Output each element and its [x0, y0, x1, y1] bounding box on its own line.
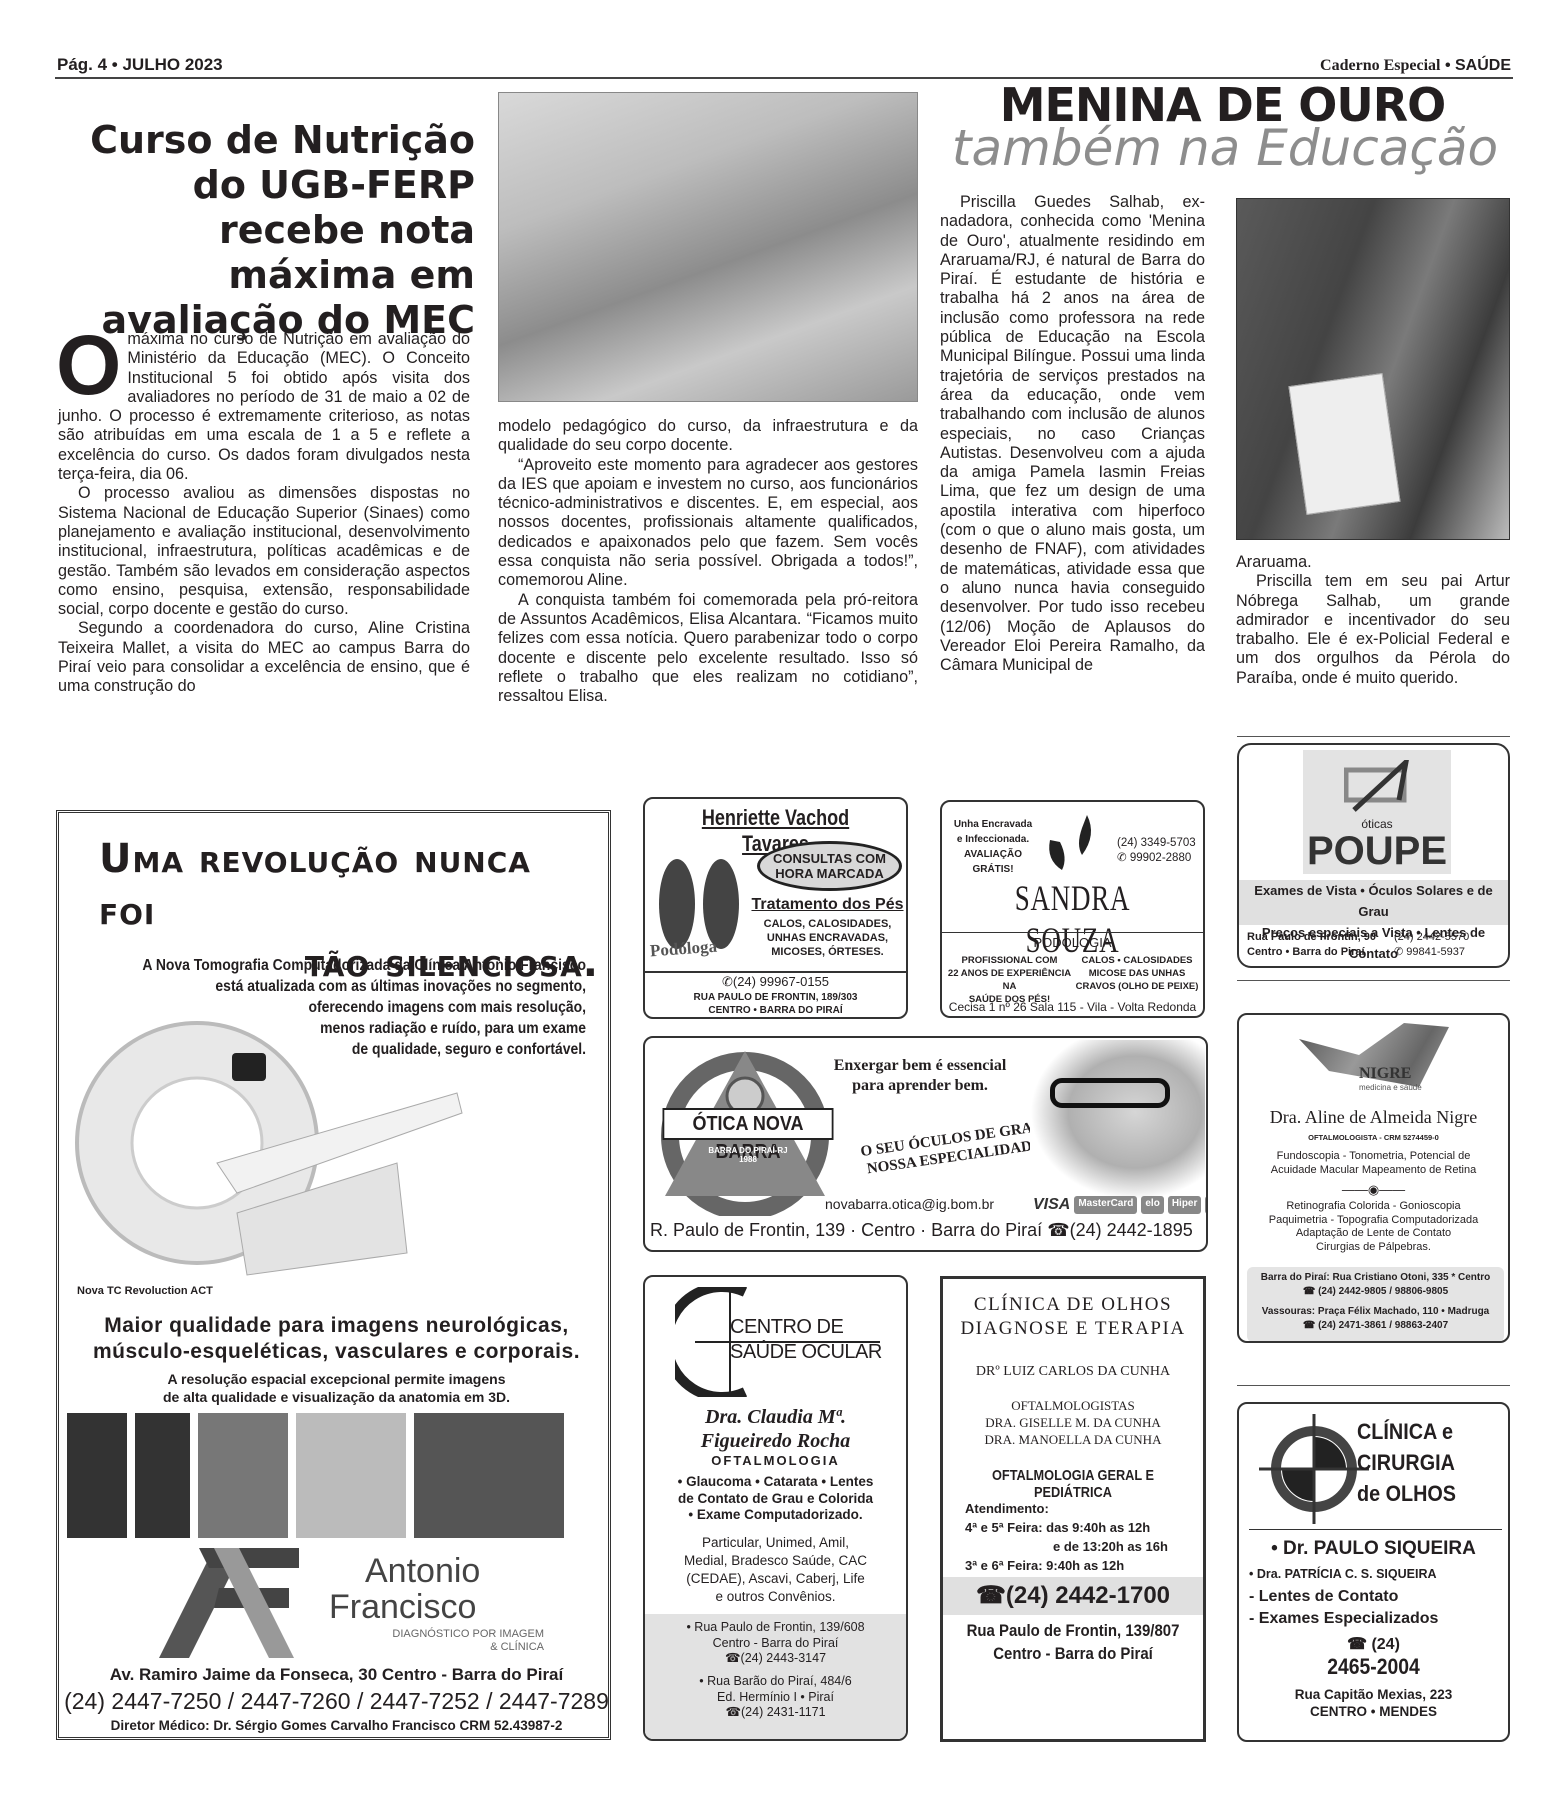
section-topic: • SAÚDE: [1445, 57, 1511, 74]
ad-otica-nova-barra: ÓTICA NOVA BARRA BARRA DO PIRAÍ-RJ 1988 …: [643, 1036, 1208, 1252]
footprints-icon: [1042, 810, 1112, 875]
doctor-crm: OFTALMOLOGISTA - CRM 5274459-0: [1239, 1133, 1508, 1142]
ad-slogan: Enxergar bem é essencial para aprender b…: [815, 1056, 1025, 1096]
article-paragraph: Araruama.: [1236, 553, 1510, 572]
ad-phones: (24) 2447-7250 / 2447-7260 / 2447-7252 /…: [59, 1688, 614, 1715]
article-column-3: Priscilla Guedes Salhab, ex-nadadora, co…: [940, 193, 1205, 675]
nutrition-lab-photo: [498, 92, 918, 402]
mastercard-icon: MasterCard: [1074, 1196, 1137, 1214]
ad-services: CALOS • CALOSIDADES MICOSE DAS UNHAS CRA…: [1072, 954, 1202, 993]
article-title-nutricao: Curso de Nutrição do UGB-FERP recebe not…: [55, 118, 475, 343]
ad-clinica-siqueira: CLÍNICA e CIRURGIA de OLHOS • Dr. PAULO …: [1237, 1402, 1510, 1742]
certificate-shape: [1288, 373, 1400, 515]
ad-centro-saude-ocular: CENTRO DE SAÚDE OCULAR Dra. Claudia Mª. …: [643, 1275, 908, 1741]
article-paragraph: A conquista também foi comemorada pela p…: [498, 591, 918, 707]
ad-address: Rua Paulo de Frontin, 90 Centro • Barra …: [1247, 930, 1376, 960]
location-1: • Rua Paulo de Frontin, 139/608 Centro -…: [645, 1620, 906, 1667]
ad-henriette-podologa: Henriette Vachod Tavares Podóloga CONSUL…: [643, 797, 908, 1019]
brand-name: Antonio Francisco: [329, 1553, 480, 1625]
ad-resolution-text: A resolução espacial excepcional permite…: [59, 1370, 614, 1406]
whatsapp-icon: ✆: [1117, 852, 1127, 864]
ct-scanner-image: [67, 1013, 467, 1283]
doctor-2: • Dra. PATRÍCIA C. S. SIQUEIRA: [1249, 1567, 1437, 1581]
services: - Lentes de Contato - Exames Especializa…: [1249, 1586, 1438, 1630]
divider: [645, 971, 906, 973]
podologa-logo: Podóloga: [649, 937, 717, 962]
woman-with-glasses-photo: [1030, 1040, 1205, 1200]
ad-address: Cecisa 1 nº 26 Sala 115 - Vila - Volta R…: [942, 1000, 1203, 1014]
clinic-title: CLÍNICA DE OLHOS DIAGNOSE E TERAPIA: [943, 1293, 1203, 1341]
services-1: Fundoscopia - Tonometria, Potencial de A…: [1239, 1149, 1508, 1177]
payment-cards: VISA MasterCard elo Hiper Amex: [1033, 1196, 1208, 1214]
eye-icon: ——◉——: [1239, 1182, 1508, 1198]
phone-icon: ☎: [1303, 1286, 1315, 1297]
service-list: CALOS, CALOSIDADES, UNHAS ENCRAVADAS, MI…: [750, 917, 905, 959]
doctor-1: • Dr. PAULO SIQUEIRA: [1239, 1538, 1508, 1560]
ad-footer: R. Paulo de Frontin, 139 · Centro · Barr…: [650, 1220, 1205, 1241]
ad-nigre: NIGRE medicina e saúde Dra. Aline de Alm…: [1237, 1013, 1510, 1343]
poupe-logo-icon: [1344, 760, 1414, 815]
article-paragraph: Omáxima no curso de Nutrição em avaliaçã…: [58, 330, 470, 484]
crosshair-eye-icon: [1259, 1414, 1369, 1524]
ad-director: Diretor Médico: Dr. Sérgio Gomes Carvalh…: [59, 1718, 614, 1733]
doctor-name: Dra. Aline de Almeida Nigre: [1239, 1107, 1508, 1128]
page-header-section: Caderno Especial • SAÚDE: [1320, 57, 1511, 75]
article-paragraph: Priscilla tem em seu pai Artur Nóbrega S…: [1236, 572, 1510, 688]
scan-thumbnails: [67, 1413, 607, 1538]
scanner-model-caption: Nova TC Revoluction ACT: [77, 1285, 213, 1297]
menina-award-photo: [1236, 198, 1510, 540]
locations-panel: Barra do Piraí: Rua Cristiano Otoni, 335…: [1247, 1267, 1504, 1342]
glasses-shape: [1050, 1078, 1170, 1108]
phone-icon: ☎: [1047, 1220, 1069, 1240]
logo-text: CENTRO DE SAÚDE OCULAR: [730, 1315, 882, 1365]
phone-band: ☎(24) 2442-1700: [943, 1577, 1203, 1615]
services-2: Retinografia Colorida - Gonioscopia Paqu…: [1239, 1200, 1508, 1254]
doctor-name: Dra. Claudia Mª. Figueiredo Rocha: [645, 1405, 906, 1453]
page-header-date: Pág. 4 • JULHO 2023: [57, 55, 223, 75]
ad-oticas-poupe: óticas POUPE Exames de Vista • Óculos So…: [1237, 743, 1510, 968]
logo-subtext: medicina e saúde: [1359, 1083, 1422, 1092]
whatsapp-icon: ✆: [722, 974, 733, 989]
phone-icon: ☎: [976, 1582, 1006, 1609]
section-name: Caderno Especial: [1320, 57, 1440, 74]
ad-address: Av. Ramiro Jaime da Fonseca, 30 Centro -…: [59, 1665, 614, 1685]
ad-highlight: Maior qualidade para imagens neurológica…: [59, 1313, 614, 1365]
article-column-1: Omáxima no curso de Nutrição em avaliaçã…: [58, 330, 470, 697]
phone-icon: ☎: [1303, 1320, 1315, 1331]
whatsapp-phone: ✆(24) 99967-0155: [645, 974, 906, 990]
services: • Glaucoma • Catarata • Lentes de Contat…: [645, 1474, 906, 1524]
specialty: OFTALMOLOGIA GERAL E PEDIÁTRICA: [963, 1467, 1184, 1501]
ad-left-text: Unha Encravada e Infeccionada. AVALIAÇÃO…: [948, 817, 1038, 877]
clinic-title: CLÍNICA e CIRURGIA de OLHOS: [1357, 1416, 1456, 1509]
whatsapp-icon: ✆: [1394, 946, 1403, 958]
hiper-card-icon: Hiper: [1168, 1196, 1202, 1214]
article-paragraph: O processo avaliou as dimensões disposta…: [58, 484, 470, 619]
main-doctor: DRº LUIZ CARLOS DA CUNHA: [943, 1364, 1203, 1380]
article-column-4: Araruama. Priscilla tem em seu pai Artur…: [1236, 553, 1510, 688]
divider: [1237, 1385, 1510, 1386]
location-2: • Rua Barão do Piraí, 484/6 Ed. Hermínio…: [645, 1674, 906, 1721]
scan-thumb-lungs: [296, 1413, 406, 1538]
ad-antonio-francisco: Uma revolução nunca foi tão silenciosa. …: [56, 810, 611, 1740]
antonio-francisco-logo-icon: [159, 1548, 299, 1658]
ad-experience: PROFISSIONAL COM 22 ANOS DE EXPERIÊNCIA …: [947, 954, 1072, 1006]
ad-address: RUA PAULO DE FRONTIN, 189/303 CENTRO • B…: [645, 991, 906, 1017]
article-paragraph: modelo pedagógico do curso, da infraestr…: [498, 417, 918, 456]
divider: [1237, 980, 1510, 981]
ad-specialty: PODOLOGIA: [942, 932, 1203, 950]
phone-number: 2465-2004: [1255, 1654, 1492, 1680]
visa-card-icon: VISA: [1033, 1196, 1070, 1214]
drop-cap: O: [56, 333, 121, 397]
article-paragraph: Segundo a coordenadora do curso, Aline C…: [58, 619, 470, 696]
divider: [1249, 1529, 1502, 1530]
scan-thumb-body: [67, 1413, 127, 1538]
ad-services-band: Exames de Vista • Óculos Solares e de Gr…: [1239, 880, 1508, 925]
ad-phones: (24) 2442-5570 ✆ 99841-5937: [1394, 930, 1469, 960]
amex-card-icon: Amex: [1205, 1196, 1208, 1214]
otica-logo-text: ÓTICA NOVA BARRA: [663, 1108, 834, 1140]
phone-area: ☎ (24): [1239, 1634, 1508, 1654]
scan-thumb-spine: [198, 1413, 288, 1538]
elo-card-icon: elo: [1141, 1196, 1163, 1214]
specialty: OFTALMOLOGIA: [645, 1453, 906, 1468]
article-paragraph: Priscilla Guedes Salhab, ex-nadadora, co…: [940, 193, 1205, 675]
logo-text: NIGRE: [1359, 1065, 1411, 1083]
ad-address: Rua Paulo de Frontin, 139/807 Centro - B…: [959, 1619, 1188, 1665]
scan-thumb-skull: [414, 1413, 564, 1538]
brand-subtitle: DIAGNÓSTICO POR IMAGEM & CLÍNICA: [329, 1628, 544, 1654]
divider: [1237, 736, 1510, 737]
ad-phones: (24) 3349-5703 ✆ 99902-2880: [1117, 836, 1196, 866]
service-title: Tratamento dos Pés: [750, 896, 905, 914]
article-subtitle-menina: também na Educação: [935, 120, 1515, 176]
article-paragraph: “Aproveito este momento para agradecer a…: [498, 456, 918, 591]
doctors-list: OFTALMOLOGISTAS DRA. GISELLE M. DA CUNHA…: [943, 1397, 1203, 1448]
opening-hours: Atendimento: 4ª e 5ª Feira: das 9:40h as…: [965, 1499, 1195, 1575]
scan-thumb-vessels: [135, 1413, 190, 1538]
ad-sandra-souza: Unha Encravada e Infeccionada. AVALIAÇÃO…: [940, 800, 1205, 1018]
otica-logo-sub: BARRA DO PIRAÍ-RJ 1988: [703, 1146, 793, 1164]
ad-clinica-diagnose: CLÍNICA DE OLHOS DIAGNOSE E TERAPIA DRº …: [940, 1276, 1206, 1742]
convenios: Particular, Unimed, Amil, Medial, Brades…: [645, 1534, 906, 1606]
ad-address: Rua Capitão Mexias, 223 CENTRO • MENDES: [1239, 1686, 1508, 1720]
appointment-badge: CONSULTAS COM HORA MARCADA: [757, 841, 902, 891]
article-column-2: modelo pedagógico do curso, da infraestr…: [498, 417, 918, 706]
logo-big-text: POUPE: [1303, 829, 1451, 873]
ad-email[interactable]: novabarra.otica@ig.bom.br: [825, 1196, 994, 1212]
